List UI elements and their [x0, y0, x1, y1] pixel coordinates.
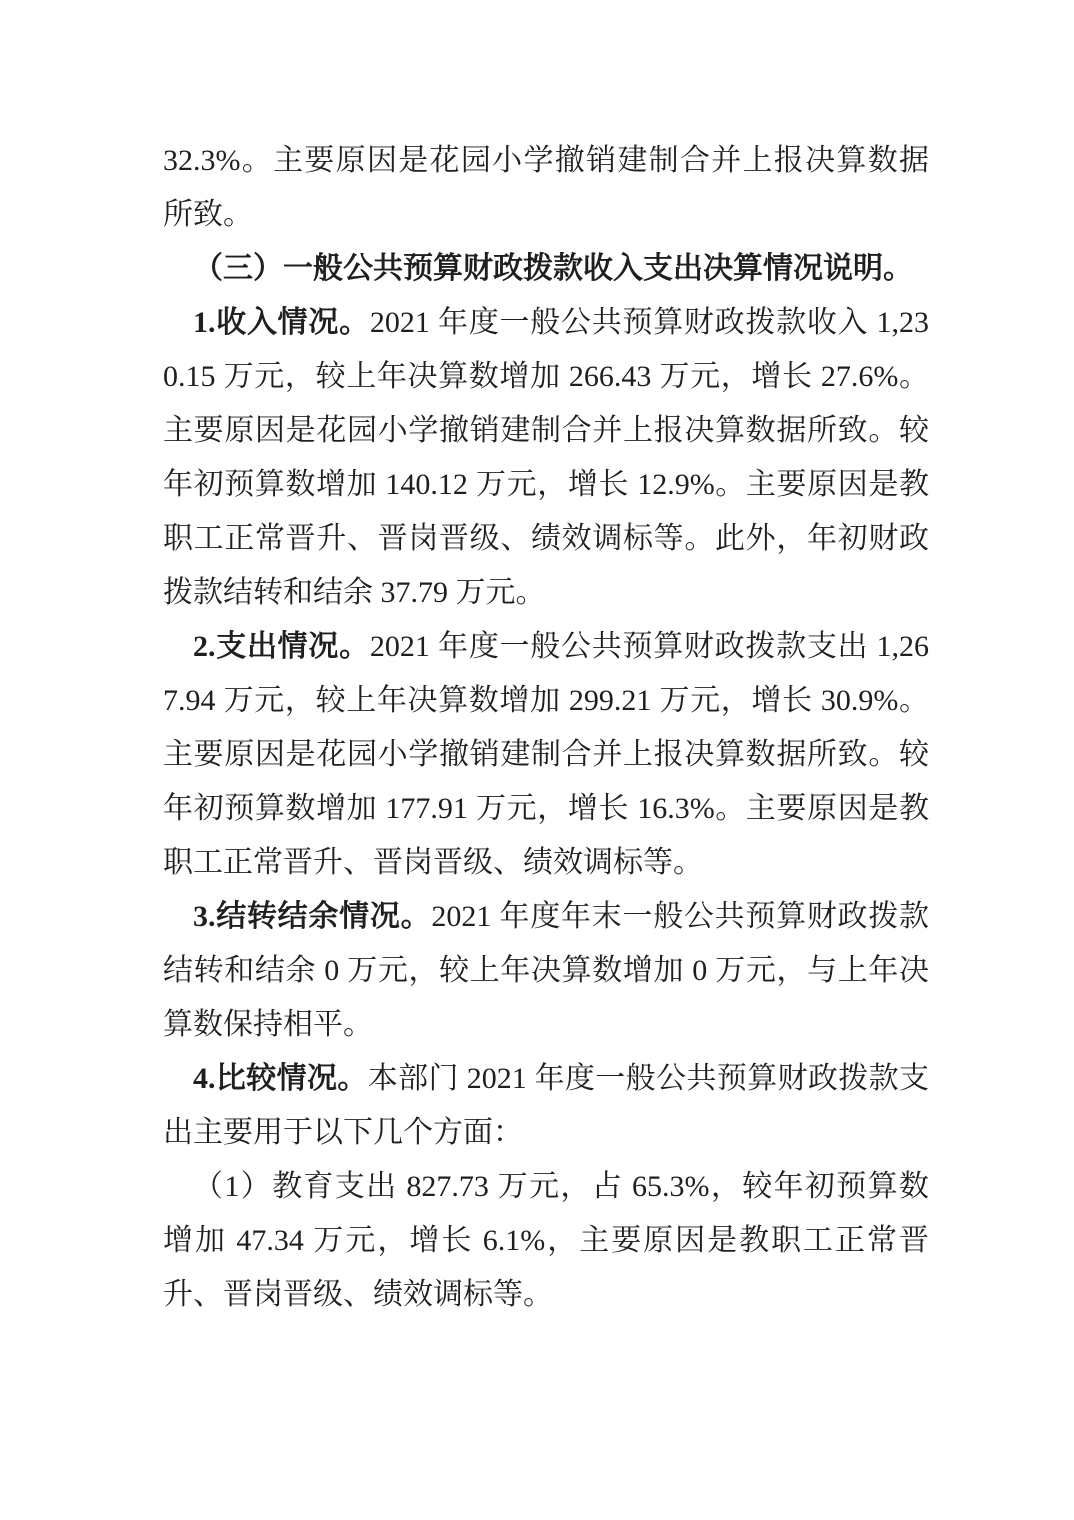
income-body-text: 2021 年度一般公共预算财政拨款收入 1,230.15 万元，较上年决算数增加…	[163, 306, 929, 609]
paragraph-text: 32.3%。主要原因是花园小学撤销建制合并上报决算数据所致。	[163, 144, 929, 231]
comparison-label: 4.比较情况。	[193, 1062, 368, 1095]
expenditure-body-text: 2021 年度一般公共预算财政拨款支出 1,267.94 万元，较上年决算数增加…	[163, 630, 929, 879]
document-page: 32.3%。主要原因是花园小学撤销建制合并上报决算数据所致。 （三）一般公共预算…	[0, 0, 1074, 1520]
paragraph-expenditure: 2.支出情况。2021 年度一般公共预算财政拨款支出 1,267.94 万元，较…	[163, 620, 929, 890]
paragraph-carryover: 3.结转结余情况。2021 年度年末一般公共预算财政拨款结转和结余 0 万元，较…	[163, 890, 929, 1052]
carryover-label: 3.结转结余情况。	[193, 900, 431, 933]
income-label: 1.收入情况。	[193, 306, 370, 339]
expenditure-label: 2.支出情况。	[193, 630, 370, 663]
section-heading-text: （三）一般公共预算财政拨款收入支出决算情况说明。	[193, 252, 913, 285]
paragraph-continuation: 32.3%。主要原因是花园小学撤销建制合并上报决算数据所致。	[163, 134, 929, 242]
education-expense-text: （1）教育支出 827.73 万元，占 65.3%，较年初预算数增加 47.34…	[163, 1170, 929, 1311]
paragraph-education-expense: （1）教育支出 827.73 万元，占 65.3%，较年初预算数增加 47.34…	[163, 1160, 929, 1322]
paragraph-income: 1.收入情况。2021 年度一般公共预算财政拨款收入 1,230.15 万元，较…	[163, 296, 929, 620]
paragraph-comparison: 4.比较情况。本部门 2021 年度一般公共预算财政拨款支出主要用于以下几个方面…	[163, 1052, 929, 1160]
section-heading: （三）一般公共预算财政拨款收入支出决算情况说明。	[163, 242, 929, 296]
